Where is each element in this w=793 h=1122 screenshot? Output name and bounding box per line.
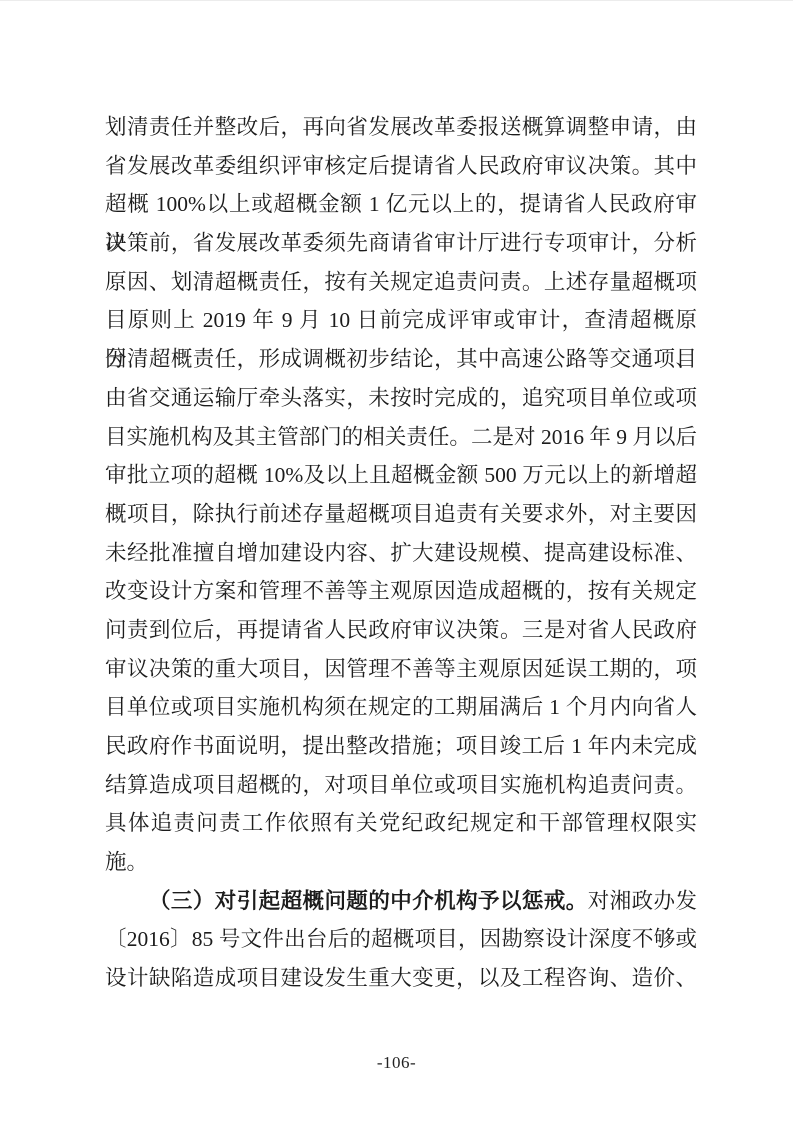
page-number: -106-: [0, 1051, 793, 1075]
text-line: 省发展改革委组织评审核定后提请省人民政府审议决策。其中: [105, 147, 697, 186]
text-line: 原因、划清超概责任，按有关规定追责问责。上述存量超概项: [105, 263, 697, 302]
text-line: 目单位或项目实施机构须在规定的工期届满后 1 个月内向省人: [105, 688, 697, 727]
bold-heading: （三）对引起超概问题的中介机构予以惩戒。: [149, 889, 588, 913]
text-line: 目原则上 2019 年 9 月 10 日前完成评审或审计，查清超概原因、: [105, 301, 697, 340]
text-line: 目实施机构及其主管部门的相关责任。二是对 2016 年 9 月以后: [105, 418, 697, 457]
text-line: 概项目，除执行前述存量超概项目追责有关要求外，对主要因: [105, 495, 697, 534]
text-line: 审批立项的超概 10%及以上且超概金额 500 万元以上的新增超: [105, 456, 697, 495]
text-line: 问责到位后，再提请省人民政府审议决策。三是对省人民政府: [105, 611, 697, 650]
text-line: 结算造成项目超概的，对项目单位或项目实施机构追责问责。: [105, 766, 697, 805]
text-line: 〔2016〕85 号文件出台后的超概项目，因勘察设计深度不够或: [105, 920, 697, 959]
text-line: 施。: [105, 843, 697, 882]
text-line: 设计缺陷造成项目建设发生重大变更，以及工程咨询、造价、: [105, 959, 697, 998]
text-line: 未经批准擅自增加建设内容、扩大建设规模、提高建设标准、: [105, 534, 697, 573]
text-line: （三）对引起超概问题的中介机构予以惩戒。对湘政办发: [105, 882, 697, 921]
body-text: 划清责任并整改后，再向省发展改革委报送概算调整申请，由省发展改革委组织评审核定后…: [105, 108, 697, 998]
text-line: 超概 100%以上或超概金额 1 亿元以上的，提请省人民政府审议: [105, 185, 697, 224]
document-page: 划清责任并整改后，再向省发展改革委报送概算调整申请，由省发展改革委组织评审核定后…: [0, 0, 793, 1122]
text-line: 决策前，省发展改革委须先商请省审计厅进行专项审计，分析: [105, 224, 697, 263]
text-line: 分清超概责任，形成调概初步结论，其中高速公路等交通项目: [105, 340, 697, 379]
text-line: 审议决策的重大项目，因管理不善等主观原因延误工期的，项: [105, 650, 697, 689]
text-line: 划清责任并整改后，再向省发展改革委报送概算调整申请，由: [105, 108, 697, 147]
text-line: 具体追责问责工作依照有关党纪政纪规定和干部管理权限实: [105, 804, 697, 843]
text-line: 改变设计方案和管理不善等主观原因造成超概的，按有关规定: [105, 572, 697, 611]
text-line: 民政府作书面说明，提出整改措施；项目竣工后 1 年内未完成: [105, 727, 697, 766]
text-line: 由省交通运输厅牵头落实，未按时完成的，追究项目单位或项: [105, 379, 697, 418]
